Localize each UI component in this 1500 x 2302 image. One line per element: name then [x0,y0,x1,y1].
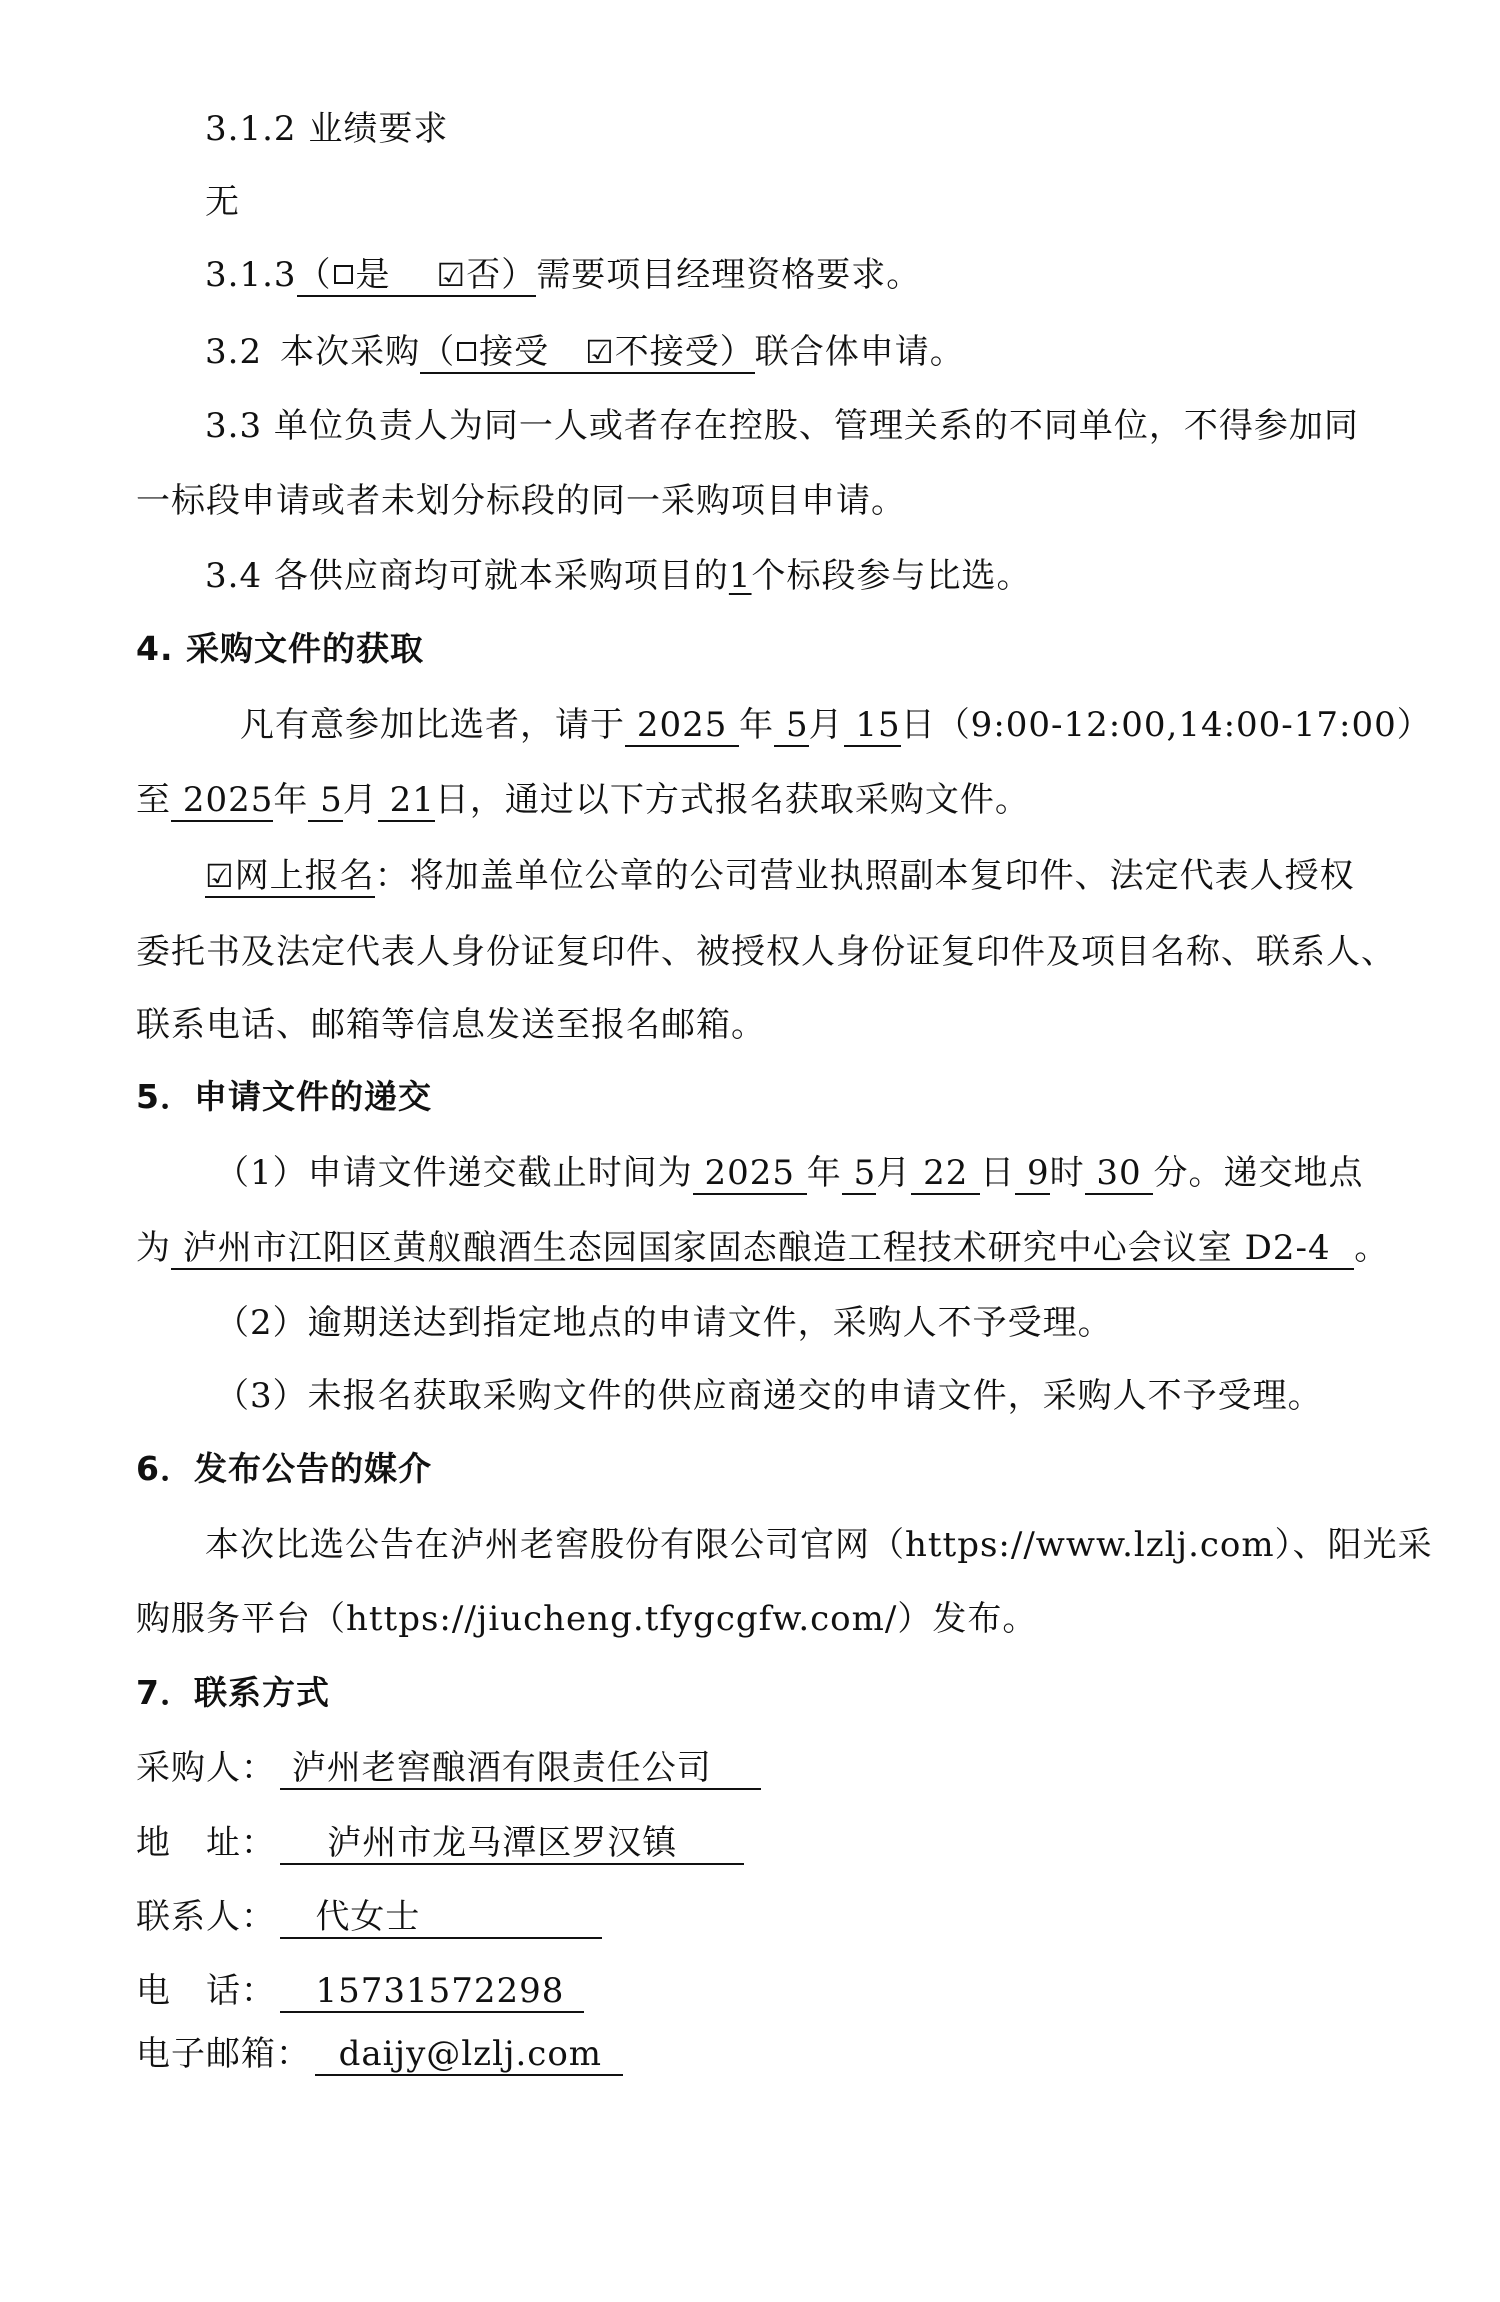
option-yes-label: 是 [356,255,391,295]
contact-label: 采购人： [136,1746,276,1790]
option-accept-label: 接受 [479,332,549,372]
contact-value: daijy@lzlj.com [315,2034,623,2076]
contact-label: 电 话： [136,1969,276,2013]
start-month: 5 [774,705,808,747]
contact-value: 代女士 [280,1897,602,1939]
checkbox-no-checked-icon[interactable]: ☑ [437,256,467,294]
section-3-4: 3.4 各供应商均可就本采购项目的1个标段参与比选。 [205,554,1032,598]
section-number: 3.1.3 [205,255,297,295]
section-3-2: 3.2本次采购（接受☑不接受）联合体申请。 [205,330,965,374]
section-3-3-line1: 3.3 单位负责人为同一人或者存在控股、管理关系的不同单位，不得参加同 [205,404,1359,448]
media-line1: 本次比选公告在泸州老窖股份有限公司官网（https://www.lzlj.com… [205,1523,1433,1567]
start-year: 2025 [625,705,739,747]
online-registration-option[interactable]: ☑网上报名 [205,856,375,898]
section-3-1-2-body: 无 [205,180,240,224]
checkbox-reject-checked-icon[interactable]: ☑ [585,333,615,371]
submission-item3: （3）未报名获取采购文件的供应商递交的申请文件，采购人不予受理。 [215,1374,1323,1418]
online-registration-line1: ☑网上报名：将加盖单位公章的公司营业执照副本复印件、法定代表人授权 [205,854,1355,898]
section-4-para1-line2: 至 2025年 5月 21日，通过以下方式报名获取采购文件。 [136,778,1030,822]
end-day: 21 [378,780,435,822]
deadline-month: 5 [842,1153,876,1195]
hours: （9:00-12:00,14:00-17:00） [936,705,1432,745]
section-3-1-3: 3.1.3（是☑否）需要项目经理资格要求。 [205,253,921,297]
submission-item1-line1: （1）申请文件递交截止时间为 2025 年 5月 22 日 9时 30 分。递交… [215,1151,1363,1195]
submission-item1-line2: 为 泸州市江阳区黄舣酿酒生态园国家固态酿造工程技术研究中心会议室 D2-4 。 [136,1226,1389,1270]
section-3-1-2-title: 3.1.2 业绩要求 [205,107,448,151]
contact-email: 电子邮箱： daijy@lzlj.com [136,2032,623,2076]
submission-location: 泸州市江阳区黄舣酿酒生态园国家固态酿造工程技术研究中心会议室 D2-4 [171,1228,1354,1270]
end-year: 2025 [171,780,273,822]
section-4-para1-line1: 凡有意参加比选者，请于 2025 年 5月 15日（9:00-12:00,14:… [240,703,1432,747]
checkbox-online-checked-icon[interactable]: ☑ [205,857,235,895]
submission-item2: （2）逾期送达到指定地点的申请文件，采购人不予受理。 [215,1301,1113,1345]
contact-label: 联系人： [136,1895,276,1939]
lot-count: 1 [729,556,752,596]
contact-value: 15731572298 [280,1971,584,2013]
start-day: 15 [844,705,901,747]
section-4-heading: 4. 采购文件的获取 [136,627,424,671]
contact-person: 联系人： 代女士 [136,1895,602,1939]
contact-phone: 电 话： 15731572298 [136,1969,584,2013]
end-month: 5 [308,780,342,822]
online-registration-line2: 委托书及法定代表人身份证复印件、被授权人身份证复印件及项目名称、联系人、 [136,930,1396,974]
section-6-heading: 6．发布公告的媒介 [136,1447,432,1491]
contact-value: 泸州老窖酿酒有限责任公司 [280,1748,761,1790]
section-5-heading: 5．申请文件的递交 [136,1075,432,1119]
deadline-year: 2025 [693,1153,807,1195]
deadline-minute: 30 [1085,1153,1154,1195]
section-7-heading: 7．联系方式 [136,1671,330,1715]
media-line2: 购服务平台（https://jiucheng.tfygcgfw.com/）发布。 [136,1597,1037,1641]
deadline-day: 22 [911,1153,980,1195]
checkbox-yes-icon[interactable] [334,265,353,284]
contact-address: 地 址： 泸州市龙马潭区罗汉镇 [136,1821,744,1865]
contact-label: 电子邮箱： [136,2032,311,2076]
contact-label: 地 址： [136,1821,276,1865]
option-group: （接受☑不接受） [420,332,755,374]
contact-purchaser: 采购人： 泸州老窖酿酒有限责任公司 [136,1746,761,1790]
section-3-3-line2: 一标段申请或者未划分标段的同一采购项目申请。 [136,479,906,523]
checkbox-accept-icon[interactable] [457,342,476,361]
option-no-label: 否 [466,255,501,295]
online-registration-line3: 联系电话、邮箱等信息发送至报名邮箱。 [136,1003,766,1047]
section-3-1-3-tail: 需要项目经理资格要求。 [536,255,921,295]
deadline-hour: 9 [1015,1153,1049,1195]
option-reject-label: 不接受 [615,332,720,372]
contact-value: 泸州市龙马潭区罗汉镇 [280,1823,744,1865]
option-group: （是☑否） [297,255,537,297]
